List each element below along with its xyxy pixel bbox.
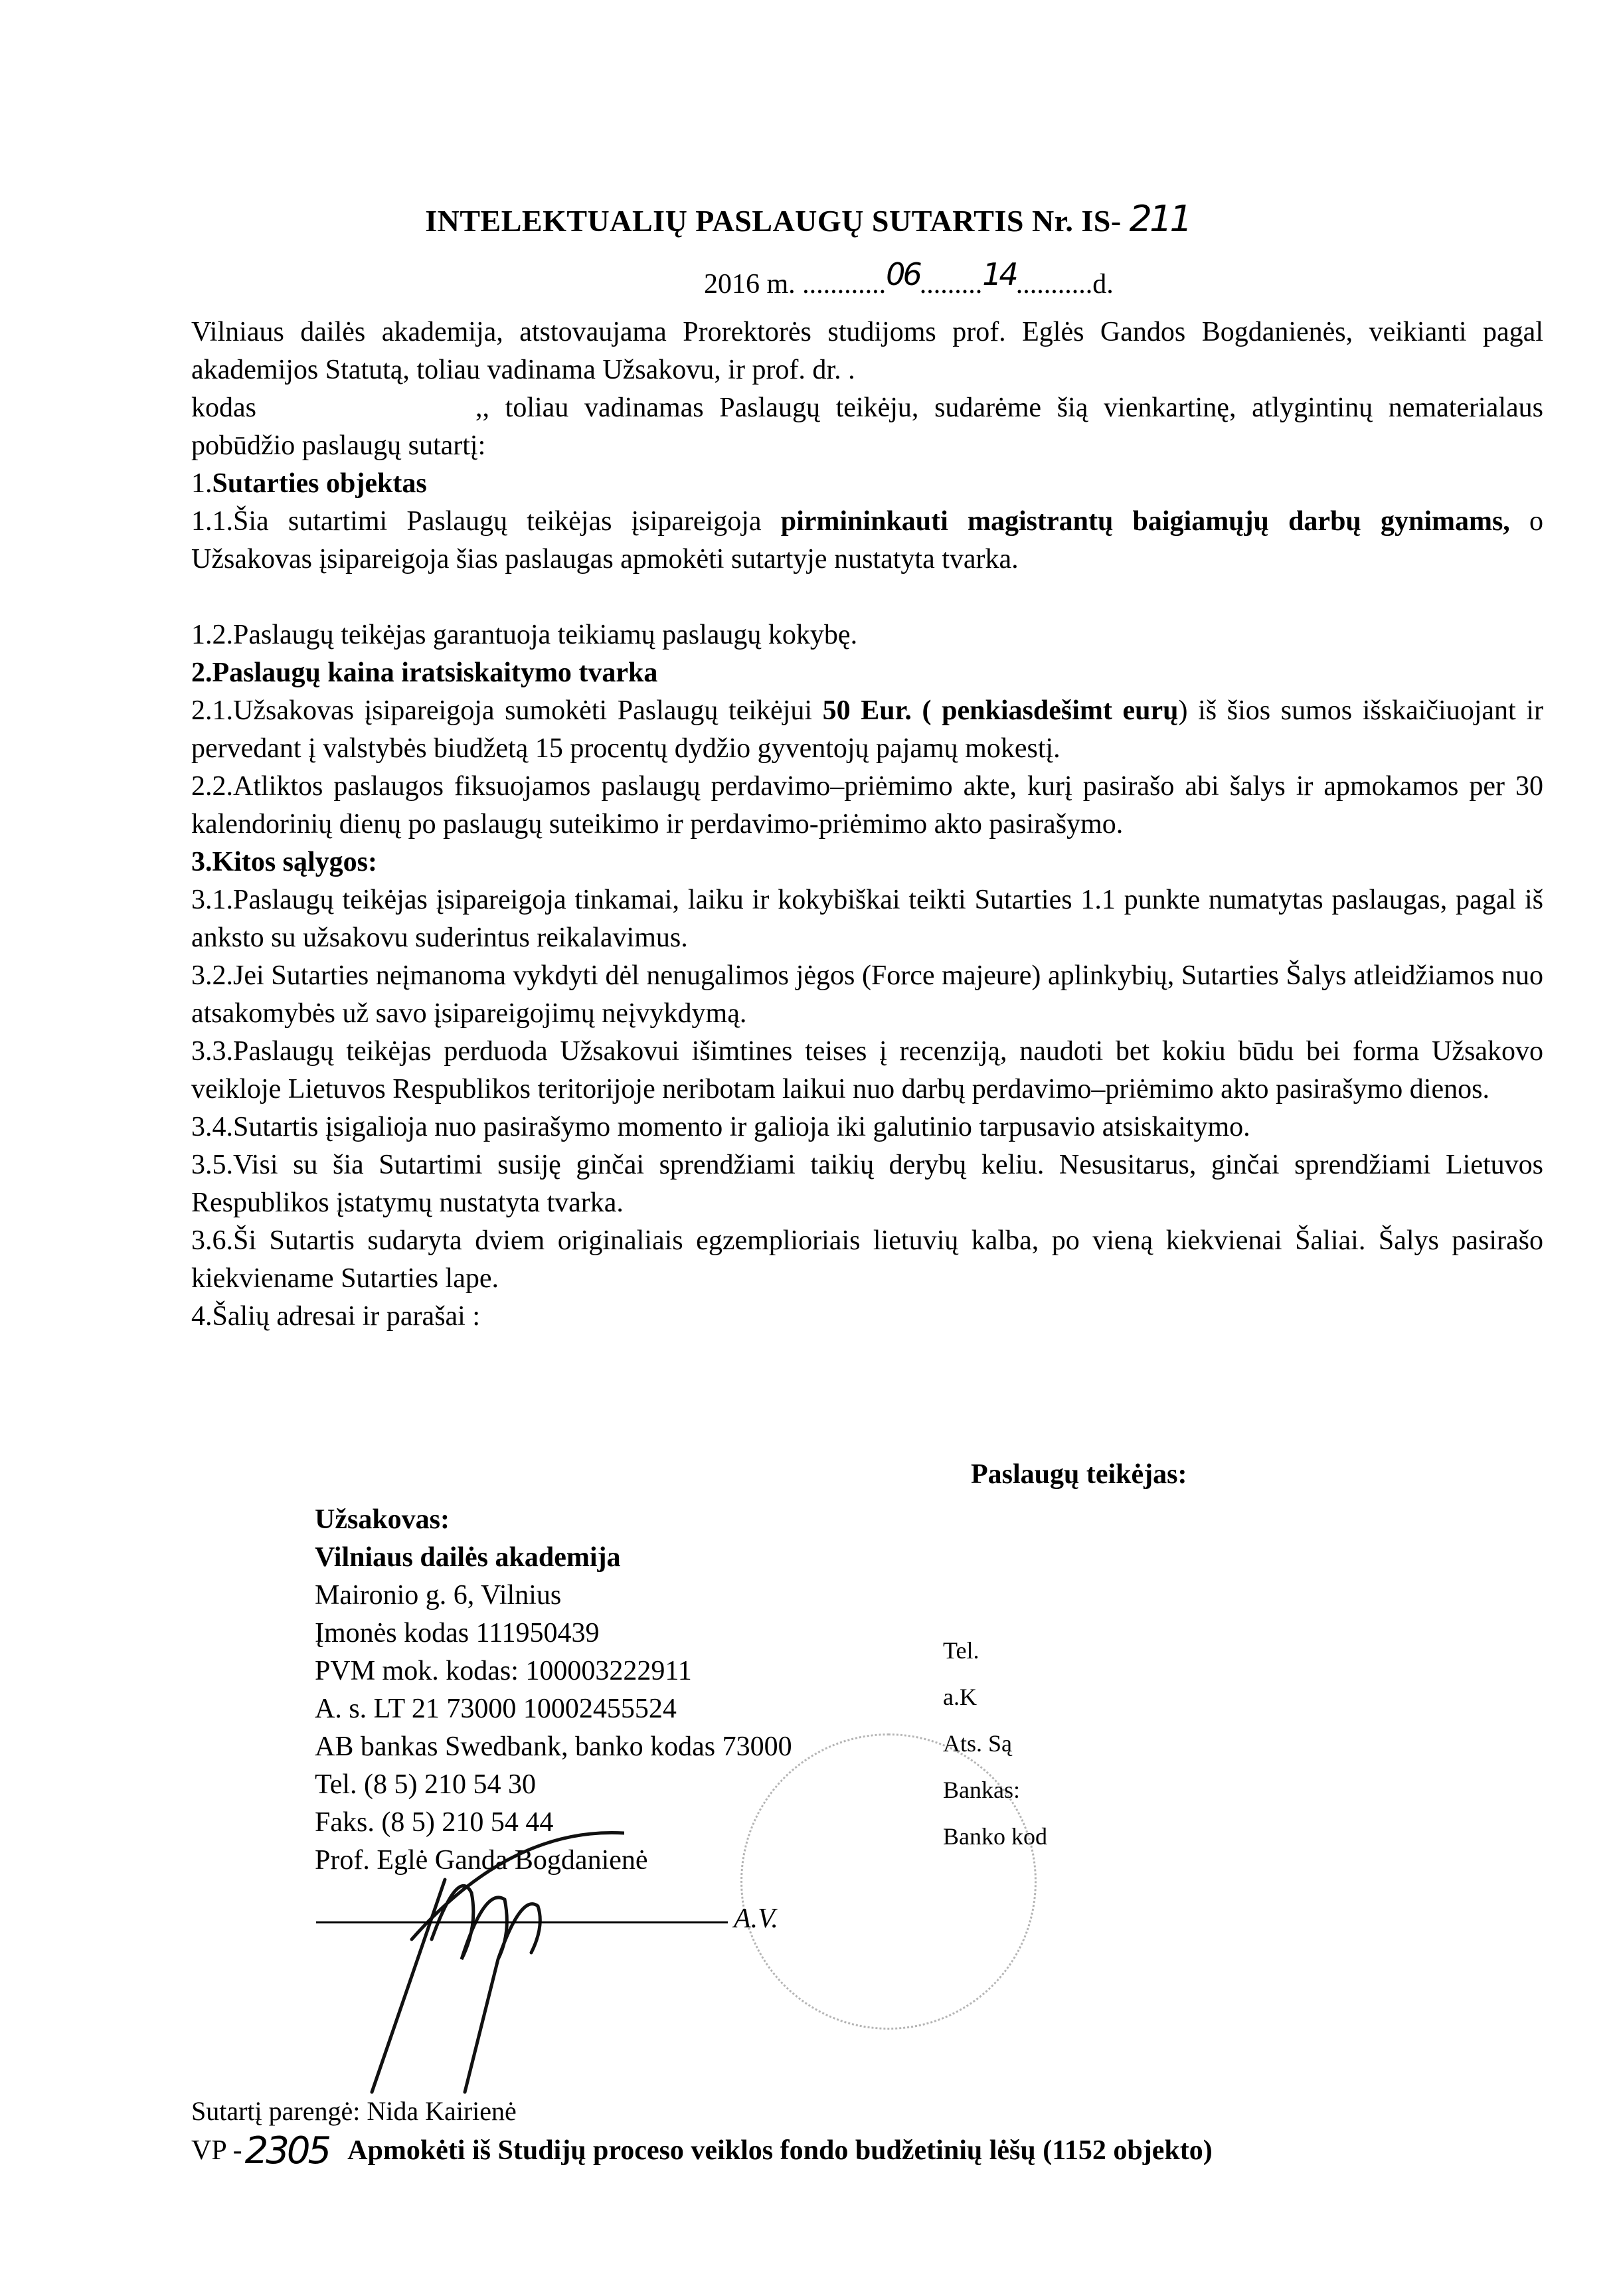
contract-page: INTELEKTUALIŲ PASLAUGŲ SUTARTIS Nr. IS- … [0,0,1615,2296]
clause-3-6: 3.6.Ši Sutartis sudaryta dviem originali… [191,1222,1543,1298]
clause-text: Paslaugų teikėjas garantuoja teikiamų pa… [233,620,857,650]
handwritten-vp-number: 2305 [245,2129,329,2172]
clause-number: 1.2. [191,620,233,650]
stamp-impression-icon [740,1733,1037,2030]
date-dots: ............ [802,269,886,300]
clause-number: 3.4. [191,1112,233,1142]
clause-number: 2.2. [191,771,233,802]
contract-title: INTELEKTUALIŲ PASLAUGŲ SUTARTIS Nr. IS- … [0,198,1615,240]
date-dots: ........... [1016,269,1093,300]
clause-number: 3.5. [191,1150,233,1180]
date-dots: ......... [920,269,983,300]
intro-paragraph: Vilniaus dailės akademija, atstovaujama … [191,313,1543,389]
customer-vat-code: PVM mok. kodas: 100003222911 [315,1652,792,1690]
clause-text: Paslaugų teikėjas įsipareigoja tinkamai,… [191,885,1543,953]
intro-paragraph-2: kodas,, toliau vadinamas Paslaugų teikėj… [191,389,1543,465]
payment-note: VP -2305Apmokėti iš Studijų proceso veik… [191,2125,1213,2168]
handwritten-month: 06 [886,256,920,292]
section-title: Sutarties objektas [212,468,427,499]
clause-text: Užsakovas įsipareigoja sumokėti Paslaugų… [233,695,823,726]
clause-3-2: 3.2.Jei Sutarties neįmanoma vykdyti dėl … [191,957,1543,1033]
clause-2-1: 2.1.Užsakovas įsipareigoja sumokėti Pasl… [191,692,1543,768]
customer-address: Maironio g. 6, Vilnius [315,1577,792,1615]
customer-company-code: Įmonės kodas 111950439 [315,1615,792,1652]
clause-text: Šia sutartimi Paslaugų teikėjas įsiparei… [233,506,781,537]
clause-3-4: 3.4.Sutartis įsigalioja nuo pasirašymo m… [191,1108,1543,1146]
clause-bold-text: 50 Eur. ( penkiasdešimt eurų [823,695,1179,726]
provider-personal-code-label: a.K [943,1674,1047,1720]
clause-number: 3.1. [191,885,233,915]
section-heading-3: 3.Kitos sąlygos: [191,843,1543,881]
vp-prefix: VP - [191,2135,242,2166]
clause-1-1: 1.1.Šia sutartimi Paslaugų teikėjas įsip… [191,503,1543,578]
customer-heading: Užsakovas: [315,1501,792,1539]
clause-number: 3.6. [191,1225,233,1256]
section-heading-1: 1.Sutarties objektas [191,465,1543,503]
clause-text: Atliktos paslaugos fiksuojamos paslaugų … [191,771,1543,839]
section-heading-2: 2.Paslaugų kaina iratsiskaitymo tvarka [191,654,1543,692]
customer-account: A. s. LT 21 73000 10002455524 [315,1690,792,1728]
provider-phone-label: Tel. [943,1627,1047,1674]
clause-text: Jei Sutarties neįmanoma vykdyti dėl nenu… [191,960,1543,1029]
clause-2-2: 2.2.Atliktos paslaugos fiksuojamos pasla… [191,768,1543,843]
clause-text: Visi su šia Sutartimi susiję ginčai spre… [191,1150,1543,1218]
prepared-by: Sutartį parengė: Nida Kairienė [191,2095,517,2127]
clause-3-1: 3.1.Paslaugų teikėjas įsipareigoja tinka… [191,881,1543,957]
intro-continuation: ,, toliau vadinamas Paslaugų teikėju, su… [191,393,1543,461]
clause-number: 3.2. [191,960,233,991]
date-suffix: d. [1092,269,1114,300]
customer-phone: Tel. (8 5) 210 54 30 [315,1766,792,1804]
kodas-label: kodas [191,393,256,423]
payment-source-text: Apmokėti iš Studijų proceso veiklos fond… [347,2135,1213,2166]
clause-number: 3.3. [191,1036,233,1067]
clause-number: 2.1. [191,695,233,726]
clause-number: 1.1. [191,506,233,537]
contract-date: 2016 m. ............06.........14.......… [704,264,1114,300]
clause-3-5: 3.5.Visi su šia Sutartimi susiję ginčai … [191,1146,1543,1222]
clause-3-3: 3.3.Paslaugų teikėjas perduoda Užsakovui… [191,1033,1543,1108]
handwritten-contract-number: 211 [1130,198,1190,240]
clause-1-2: 1.2.Paslaugų teikėjas garantuoja teikiam… [191,616,1543,654]
contract-body: Vilniaus dailės akademija, atstovaujama … [191,313,1543,1336]
date-year: 2016 m. [704,269,802,300]
provider-heading: Paslaugų teikėjas: [971,1458,1187,1490]
clause-text: Paslaugų teikėjas perduoda Užsakovui iši… [191,1036,1543,1104]
handwritten-day: 14 [982,256,1016,292]
signature-line [316,1921,728,1923]
customer-bank: AB bankas Swedbank, banko kodas 73000 [315,1728,792,1766]
section-number: 1. [191,468,212,499]
clause-bold-text: pirmininkauti magistrantų baigiamųjų dar… [781,506,1510,537]
section-heading-4: 4.Šalių adresai ir parašai : [191,1298,1543,1336]
title-text: INTELEKTUALIŲ PASLAUGŲ SUTARTIS Nr. IS- [425,204,1121,238]
clause-text: Sutartis įsigalioja nuo pasirašymo momen… [233,1112,1250,1142]
clause-text: Ši Sutartis sudaryta dviem originaliais … [191,1225,1543,1294]
signature-icon [345,1807,624,2099]
stamp-placeholder-label: A.V. [734,1903,778,1935]
customer-name: Vilniaus dailės akademija [315,1539,792,1577]
spacer [191,578,1543,616]
